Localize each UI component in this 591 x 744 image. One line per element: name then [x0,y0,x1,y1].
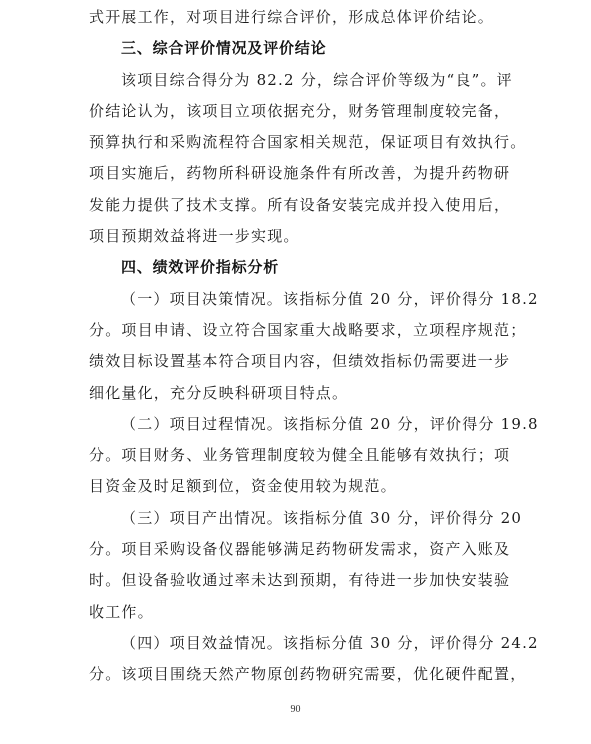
paragraph-output-score-line: （三）项目产出情况。该指标分值 30 分，评价得分 20 [89,503,505,534]
paragraph-text-line: 绩效目标设置基本符合项目内容，但绩效指标仍需要进一步 [89,346,505,377]
paragraph-benefit-score-line: （四）项目效益情况。该指标分值 30 分，评价得分 24.2 [89,628,505,659]
paragraph-text-line: 目资金及时足额到位，资金使用较为规范。 [89,471,505,502]
paragraph-text-line: 细化量化，充分反映科研项目特点。 [89,378,505,409]
paragraph-text-line: 分。该项目围绕天然产物原创药物研究需要，优化硬件配置， [89,659,505,690]
paragraph-text-line: 收工作。 [89,597,505,628]
paragraph-process-score-line: （二）项目过程情况。该指标分值 20 分，评价得分 19.8 [89,409,505,440]
paragraph-decision-score-line: （一）项目决策情况。该指标分值 20 分，评价得分 18.2 [89,284,505,315]
paragraph-text-line: 预算执行和采购流程符合国家相关规范，保证项目有效执行。 [89,127,505,158]
text-line-continuation: 式开展工作，对项目进行综合评价，形成总体评价结论。 [89,2,505,33]
paragraph-text-line: 分。项目财务、业务管理制度较为健全且能够有效执行；项 [89,440,505,471]
section-heading-3-overall-evaluation: 三、综合评价情况及评价结论 [89,33,505,64]
paragraph-overall-score-line: 该项目综合得分为 82.2 分，综合评价等级为“良”。评 [89,65,505,96]
paragraph-text-line: 发能力提供了技术支撑。所有设备安装完成并投入使用后， [89,190,505,221]
paragraph-text-line: 项目实施后，药物所科研设施条件有所改善，为提升药物研 [89,158,505,189]
page-number: 90 [0,704,591,715]
paragraph-text-line: 价结论认为，该项目立项依据充分，财务管理制度较完备， [89,96,505,127]
paragraph-text-line: 项目预期效益将进一步实现。 [89,221,505,252]
section-heading-4-indicator-analysis: 四、绩效评价指标分析 [89,252,505,283]
document-page-body: 式开展工作，对项目进行综合评价，形成总体评价结论。 三、综合评价情况及评价结论 … [89,2,505,691]
paragraph-text-line: 分。项目申请、设立符合国家重大战略要求，立项程序规范； [89,315,505,346]
paragraph-text-line: 时。但设备验收通过率未达到预期，有待进一步加快安装验 [89,565,505,596]
paragraph-text-line: 分。项目采购设备仪器能够满足药物研发需求，资产入账及 [89,534,505,565]
